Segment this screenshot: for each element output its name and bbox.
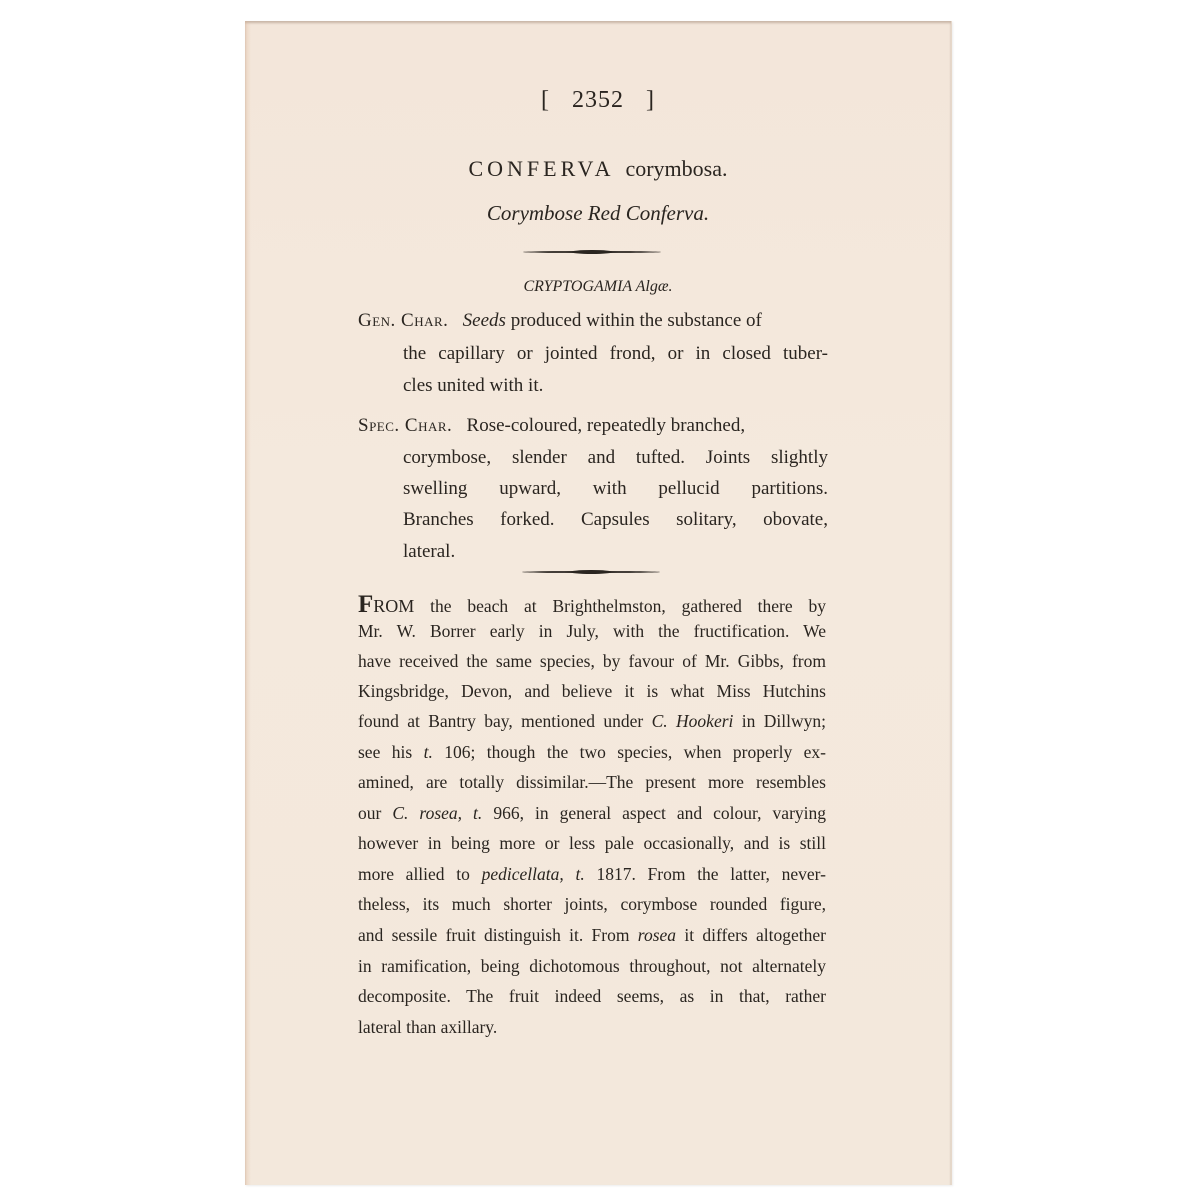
description-text: our — [358, 803, 392, 823]
italic-reference: C. rosea, t. — [392, 803, 482, 823]
bracket-close: ] — [624, 87, 677, 113]
description-text: lateral than axillary. — [358, 1017, 497, 1037]
plate-number: [2352] — [245, 87, 951, 114]
classification-order: Algæ. — [636, 278, 673, 295]
divider-middle — [522, 571, 660, 573]
spec-char-text: Rose-coloured, repeatedly branched, — [467, 415, 746, 436]
description-line: amined, are totally dissimilar.—The pres… — [358, 772, 826, 793]
classification-class: CRYPTOGAMIA — [523, 278, 631, 295]
plate-number-value: 2352 — [572, 87, 624, 113]
description-line: our C. rosea, t. 966, in general aspect … — [358, 803, 826, 824]
description-text: the beach at Brighthelmston, gathered th… — [414, 596, 826, 616]
description-line: see his t. 106; though the two species, … — [358, 742, 826, 763]
description-line: Mr. W. Borrer early in July, with the fr… — [358, 621, 826, 642]
description-text: decomposite. The fruit indeed seems, as … — [358, 986, 826, 1006]
description-text: theless, its much shorter joints, corymb… — [358, 894, 826, 914]
drop-cap: F — [358, 591, 373, 618]
description-line: lateral than axillary. — [358, 1017, 497, 1038]
spec-char-line-1: Spec. Char. Rose-coloured, repeatedly br… — [358, 415, 828, 437]
description-text: in Dillwyn; — [733, 711, 826, 731]
description-text: found at Bantry bay, mentioned under — [358, 711, 652, 731]
gen-char-emphasis: Seeds — [463, 310, 506, 331]
description-line: Kingsbridge, Devon, and believe it is wh… — [358, 681, 826, 702]
bracket-open: [ — [519, 87, 572, 113]
description-text: more allied to — [358, 864, 482, 884]
description-text: 106; though the two species, when proper… — [433, 742, 826, 762]
italic-reference: C. Hookeri — [652, 711, 734, 731]
description-line: theless, its much shorter joints, corymb… — [358, 894, 826, 915]
italic-reference: pedicellata, t. — [482, 864, 585, 884]
classification: CRYPTOGAMIA Algæ. — [245, 278, 951, 296]
description-text: have received the same species, by favou… — [358, 651, 826, 671]
description-text: 1817. From the latter, never- — [585, 864, 826, 884]
description-text: however in being more or less pale occas… — [358, 833, 826, 853]
gen-char-line-1: Gen. Char. Seeds produced within the sub… — [358, 310, 828, 332]
description-line: in ramification, being dichotomous throu… — [358, 956, 826, 977]
description-text: Kingsbridge, Devon, and believe it is wh… — [358, 681, 826, 701]
italic-reference: t. — [424, 742, 433, 762]
spec-char-line-3: swelling upward, with pellucid partition… — [403, 478, 828, 500]
description-line: more allied to pedicellata, t. 1817. Fro… — [358, 864, 826, 885]
species-epithet: corymbosa. — [625, 156, 727, 181]
description-line: and sessile fruit distinguish it. From r… — [358, 925, 826, 946]
gen-char-text: produced within the substance of — [506, 310, 762, 331]
description-line: however in being more or less pale occas… — [358, 833, 826, 854]
description-text: Mr. W. Borrer early in July, with the fr… — [358, 621, 826, 641]
gen-char-line-3: cles united with it. — [403, 375, 543, 397]
description-text: amined, are totally dissimilar.—The pres… — [358, 772, 826, 792]
description-text: see his — [358, 742, 424, 762]
description-line: found at Bantry bay, mentioned under C. … — [358, 711, 826, 732]
common-name: Corymbose Red Conferva. — [245, 201, 951, 226]
spec-char-line-5: lateral. — [403, 541, 455, 563]
spec-char-label: Spec. Char. — [358, 415, 452, 436]
species-title: CONFERVA corymbosa. — [245, 156, 951, 182]
spec-char-line-4: Branches forked. Capsules solitary, obov… — [403, 509, 828, 531]
description-line: decomposite. The fruit indeed seems, as … — [358, 986, 826, 1007]
description-line: have received the same species, by favou… — [358, 651, 826, 672]
description-text: and sessile fruit distinguish it. From — [358, 925, 638, 945]
description-line: FROM the beach at Brighthelmston, gather… — [358, 591, 826, 619]
description-text: in ramification, being dichotomous throu… — [358, 956, 826, 976]
book-page: [2352] CONFERVA corymbosa. Corymbose Red… — [245, 21, 952, 1185]
genus-name: CONFERVA — [468, 156, 614, 181]
spec-char-line-2: corymbose, slender and tufted. Joints sl… — [403, 447, 828, 469]
description-text: 966, in general aspect and colour, varyi… — [482, 803, 826, 823]
gen-char-line-2: the capillary or jointed frond, or in cl… — [403, 343, 828, 365]
italic-reference: rosea — [638, 925, 676, 945]
divider-top — [523, 251, 661, 253]
description-text: it differs altogether — [676, 925, 826, 945]
first-word-rest: ROM — [373, 596, 414, 616]
gen-char-label: Gen. Char. — [358, 310, 448, 331]
